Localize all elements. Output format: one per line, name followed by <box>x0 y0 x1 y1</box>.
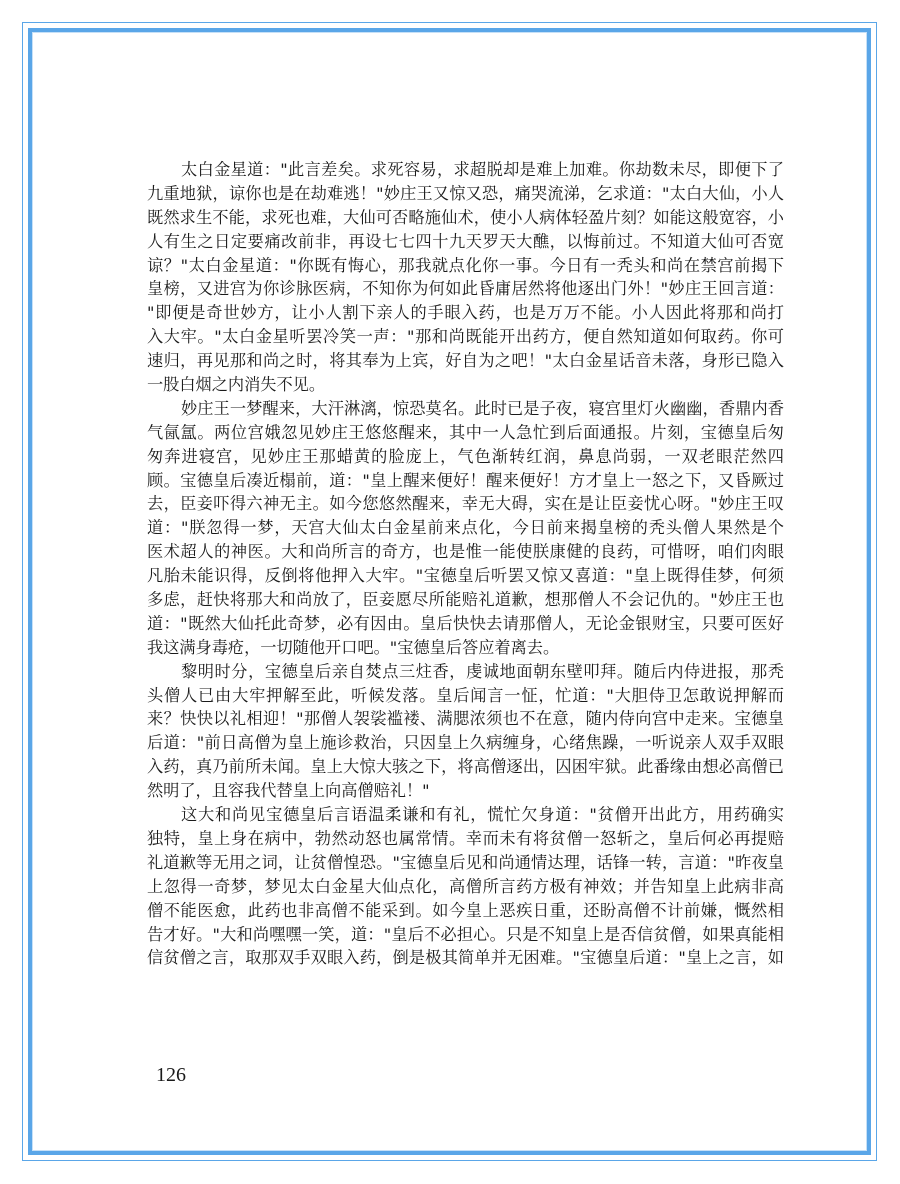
text-line: 多虑，赶快将那大和尚放了，臣妾愿尽所能赔礼道歉，想那僧人不会记仇的。"妙庄王也 <box>147 588 784 612</box>
text-line: 头僧人已由大牢押解至此，听候发落。皇后闻言一怔，忙道："大胆侍卫怎敢说押解而 <box>147 684 784 708</box>
text-line: 我这满身毒疮，一切随他开口吧。"宝德皇后答应着离去。 <box>147 636 784 660</box>
text-line: 气氤氲。两位宫娥忽见妙庄王悠悠醒来，其中一人急忙到后面通报。片刻，宝德皇后匆 <box>147 421 784 445</box>
text-line: 道："既然大仙托此奇梦，必有因由。皇后快快去请那僧人，无论金银财宝，只要可医好 <box>147 612 784 636</box>
text-line: 人有生之日定要痛改前非，再设七七四十九天罗天大醮，以悔前过。不知道大仙可否宽 <box>147 230 784 254</box>
text-line: 既然求生不能，求死也难，大仙可否略施仙术，使小人病体轻盈片刻？如能这般宽容，小 <box>147 206 784 230</box>
text-line: 道："朕忽得一梦，天宫大仙太白金星前来点化，今日前来揭皇榜的秃头僧人果然是个 <box>147 516 784 540</box>
page-number: 126 <box>156 1064 186 1087</box>
text-line: 上忽得一奇梦，梦见太白金星大仙点化，高僧所言药方极有神效；并告知皇上此病非高 <box>147 875 784 899</box>
text-line: 独特，皇上身在病中，勃然动怒也属常情。幸而未有将贫僧一怒斩之，皇后何必再提赔 <box>147 827 784 851</box>
text-line: 然明了，且容我代替皇上向高僧赔礼！" <box>147 779 784 803</box>
text-line: 妙庄王一梦醒来，大汗淋漓，惊恐莫名。此时已是子夜，寝宫里灯火幽幽，香鼎内香 <box>147 397 784 421</box>
text-line: 僧不能医愈，此药也非高僧不能采到。如今皇上恶疾日重，还盼高僧不计前嫌，慨然相 <box>147 899 784 923</box>
text-line: 匆奔进寝宫，见妙庄王那蜡黄的脸庞上，气色渐转红润，鼻息尚弱，一双老眼茫然四 <box>147 445 784 469</box>
text-line: 礼道歉等无用之词，让贫僧惶恐。"宝德皇后见和尚通情达理，话锋一转，言道："昨夜皇 <box>147 851 784 875</box>
text-line: 一股白烟之内消失不见。 <box>147 373 784 397</box>
text-line: 黎明时分，宝德皇后亲自焚点三炷香，虔诚地面朝东壁叩拜。随后内侍进报，那秃 <box>147 660 784 684</box>
text-line: 后道："前日高僧为皇上施诊救治，只因皇上久病缠身，心绪焦躁，一听说亲人双手双眼 <box>147 731 784 755</box>
text-line: "即便是奇世妙方，让小人割下亲人的手眼入药，也是万万不能。小人因此将那和尚打 <box>147 301 784 325</box>
text-line: 九重地狱，谅你也是在劫难逃！"妙庄王又惊又恐，痛哭流涕，乞求道："太白大仙，小人 <box>147 182 784 206</box>
text-line: 太白金星道："此言差矣。求死容易，求超脱却是难上加难。你劫数未尽，即便下了 <box>147 158 784 182</box>
text-line: 凡胎未能识得，反倒将他押入大牢。"宝德皇后听罢又惊又喜道："皇上既得佳梦，何须 <box>147 564 784 588</box>
body-text: 太白金星道："此言差矣。求死容易，求超脱却是难上加难。你劫数未尽，即便下了九重地… <box>147 158 787 970</box>
text-line: 入大牢。"太白金星听罢冷笑一声："那和尚既能开出药方，便自然知道如何取药。你可 <box>147 325 784 349</box>
text-line: 信贫僧之言，取那双手双眼入药，倒是极其简单并无困难。"宝德皇后道："皇上之言，如 <box>147 946 784 970</box>
text-line: 速归，再见那和尚之时，将其奉为上宾，好自为之吧！"太白金星话音未落，身形已隐入 <box>147 349 784 373</box>
text-line: 来？快快以礼相迎！"那僧人袈裟褴褛、满腮浓须也不在意，随内侍向宫中走来。宝德皇 <box>147 707 784 731</box>
text-line: 顾。宝德皇后凑近榻前，道："皇上醒来便好！醒来便好！方才皇上一怒之下，又昏厥过 <box>147 469 784 493</box>
text-line: 告才好。"大和尚嘿嘿一笑，道："皇后不必担心。只是不知皇上是否信贫僧，如果真能相 <box>147 923 784 947</box>
text-line: 皇榜，又进宫为你诊脉医病，不知你为何如此昏庸居然将他逐出门外！"妙庄王回言道： <box>147 277 784 301</box>
text-line: 去，臣妾吓得六神无主。如今您悠然醒来，幸无大碍，实在是让臣妾忧心呀。"妙庄王叹 <box>147 492 784 516</box>
text-line: 入药，真乃前所未闻。皇上大惊大骇之下，将高僧逐出，囚困牢狱。此番缘由想必高僧已 <box>147 755 784 779</box>
text-line: 这大和尚见宝德皇后言语温柔谦和有礼，慌忙欠身道："贫僧开出此方，用药确实 <box>147 803 784 827</box>
text-line: 谅？"太白金星道："你既有悔心，那我就点化你一事。今日有一秃头和尚在禁宫前揭下 <box>147 254 784 278</box>
text-line: 医术超人的神医。大和尚所言的奇方，也是惟一能使朕康健的良药，可惜呀，咱们肉眼 <box>147 540 784 564</box>
